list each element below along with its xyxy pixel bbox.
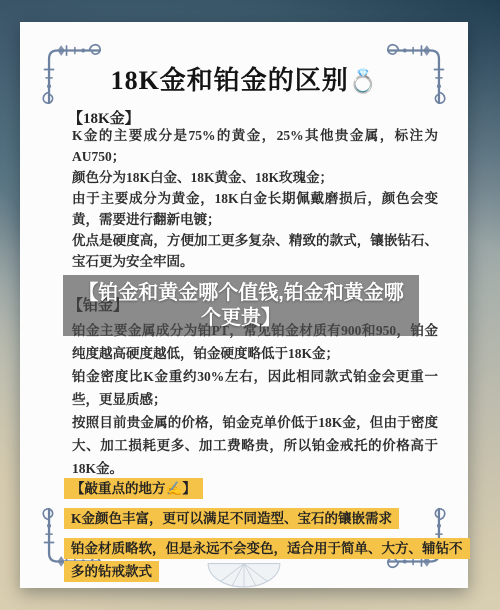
- ring-icon: 💍: [349, 69, 378, 94]
- paragraph: 颜色分为18K白金、18K黄金、18K玫瑰金；: [72, 167, 438, 188]
- paragraph: 按照目前贵金属的价格，铂金克单价低于18K金，但由于密度大、加工损耗更多、加工费…: [72, 411, 438, 480]
- writing-hand-icon: ✍️: [166, 481, 183, 496]
- paragraph: 优点是硬度高，方便加工更多复杂、精致的款式，镶嵌钻石、宝石更为安全牢固。: [72, 230, 438, 272]
- section-body-18k-gold: K金的主要成分是75%的黄金，25%其他贵金属，标注为AU750； 颜色分为18…: [72, 125, 438, 272]
- watermark-caption: 【铂金和黄金哪个值钱,铂金和黄金哪个更贵】: [63, 275, 419, 336]
- title-text: 18K金和铂金的区别: [111, 66, 349, 95]
- fan-ornament-icon: [205, 561, 283, 588]
- section-body-platinum: 铂金主要金属成分为铂PT，常见铂金材质有900和950，铂金纯度越高硬度越低，铂…: [72, 319, 438, 480]
- keypoint-item: K金颜色丰富，更可以满足不同造型、宝石的镶嵌需求: [64, 507, 466, 530]
- watermark-caption-text: 【铂金和黄金哪个值钱,铂金和黄金哪个更贵】: [69, 281, 413, 331]
- paragraph: K金的主要成分是75%的黄金，25%其他贵金属，标注为AU750；: [72, 125, 438, 167]
- page-title: 18K金和铂金的区别💍: [20, 60, 468, 97]
- keypoints-heading: 【敲重点的地方✍️】: [64, 477, 466, 500]
- paragraph: 由于主要成分为黄金，18K白金长期佩戴磨损后，颜色会变黄，需要进行翻新电镀；: [72, 188, 438, 230]
- post-background: 18K金和铂金的区别💍 【18K金】 K金的主要成分是75%的黄金，25%其他贵…: [0, 0, 500, 610]
- paragraph: 铂金密度比K金重约30%左右，因此相同款式铂金会更重一些，更显质感；: [72, 365, 438, 411]
